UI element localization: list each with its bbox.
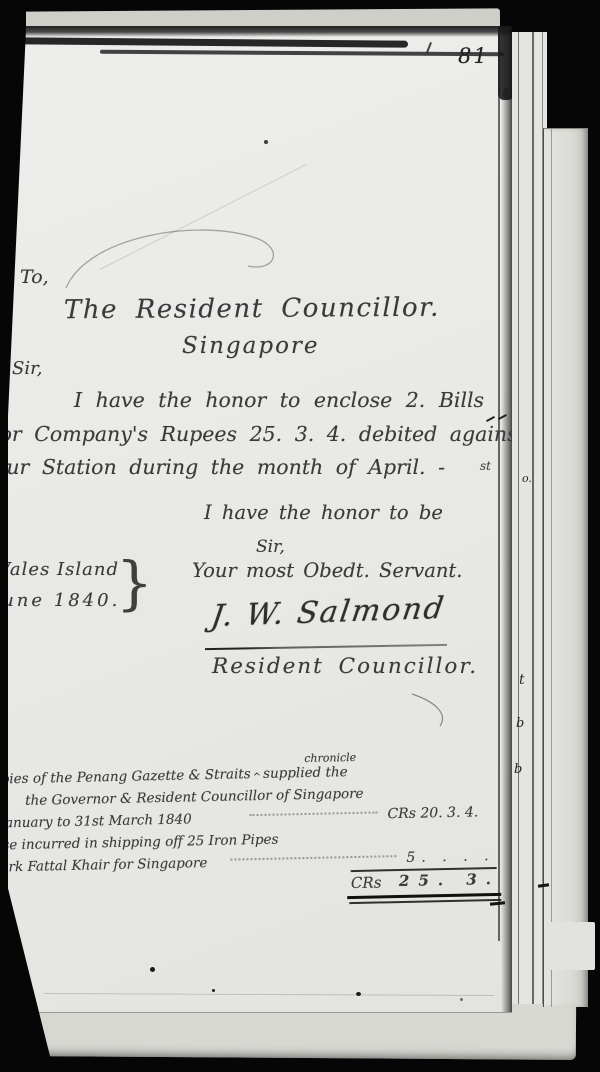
letter-body-line: our Station during the month of April. - <box>8 457 445 478</box>
memo-block: chronicle pies of the Penang Gazette & S… <box>8 749 512 930</box>
memo-line-1-post: supplied the <box>263 764 348 782</box>
memo-line-3-text: January to 31st March 1840 <box>8 813 192 831</box>
memo-line-5-text: ark Fattal Khair for Singapore <box>8 857 208 875</box>
double-rule-top <box>347 893 501 899</box>
ink-streak <box>100 50 504 56</box>
letter-recipient: The Resident Councillor. <box>64 295 440 324</box>
letter-salutation: Sir, <box>12 360 42 378</box>
letter-to-label: To, <box>20 268 49 287</box>
ink-speck <box>212 989 215 992</box>
edge-glyph: b <box>514 762 522 777</box>
dateline-brace: } <box>116 554 153 612</box>
letter-closing-sir: Sir, <box>256 539 285 556</box>
letter-closing-servant: Your most Obedt. Servant. <box>192 561 462 581</box>
dateline-date: June 1840. <box>8 592 120 610</box>
edge-glyph: t <box>519 672 525 688</box>
ink-speck <box>150 967 155 972</box>
page-edge-line <box>551 129 552 1007</box>
ink-speck <box>356 992 361 996</box>
memo-line-1: pies of the Penang Gazette & Straits^sup… <box>8 766 348 788</box>
memo-line-5-amount: 5. . . . <box>406 849 494 865</box>
double-rule-bottom <box>349 899 501 904</box>
memo-line-4: ise incurred in shipping off 25 Iron Pip… <box>8 834 279 853</box>
ink-streak <box>22 37 408 47</box>
manuscript-page: 81 To, The Resident Councillor. Singapor… <box>8 26 512 1013</box>
paper-crease <box>100 164 307 270</box>
signature: J. W. Salmond <box>209 594 447 632</box>
signature-underline <box>205 644 447 650</box>
page-top-dark-edge <box>8 26 512 37</box>
protruding-page-corner <box>545 922 595 970</box>
edge-glyph: b <box>516 716 524 731</box>
letter-body-line: I have the honor to enclose 2. Bills <box>74 390 484 411</box>
letter-recipient-city: Singapore <box>182 335 320 358</box>
protruding-page-tab <box>543 128 588 1007</box>
margin-mark: st <box>480 460 491 472</box>
page-bottom-crease <box>44 993 494 996</box>
ink-speck <box>264 140 268 144</box>
dateline-place: Wales Island <box>8 561 119 579</box>
edge-glyph: o. <box>522 472 532 485</box>
dotted-leader <box>249 811 377 816</box>
page-number: 81 <box>458 46 489 67</box>
memo-line-1-pre: pies of the Penang Gazette & Straits <box>8 766 251 787</box>
page-edge-line <box>518 32 519 1004</box>
memo-inserted-word: chronicle <box>304 752 356 764</box>
memo-total-value: 25. 3. 4 <box>399 871 512 889</box>
page-edge-line <box>532 32 534 1004</box>
scanned-document-photo: 81 To, The Resident Councillor. Singapor… <box>0 0 600 1072</box>
memo-line-3-amount: CRs 20. 3. 4. <box>387 805 478 821</box>
memo-line-2: the Governor & Resident Councillor of Si… <box>25 788 364 809</box>
edge-ink-blob <box>503 88 509 99</box>
letter-closing-line: I have the honor to be <box>204 503 443 523</box>
memo-total-label: CRs <box>351 875 382 891</box>
insertion-caret: ^ <box>251 772 264 783</box>
dotted-leader <box>230 855 396 860</box>
letter-body-line: for Company's Rupees 25. 3. 4. debited a… <box>8 424 512 445</box>
ink-speck <box>460 998 463 1001</box>
signature-title: Resident Councillor. <box>212 656 478 678</box>
